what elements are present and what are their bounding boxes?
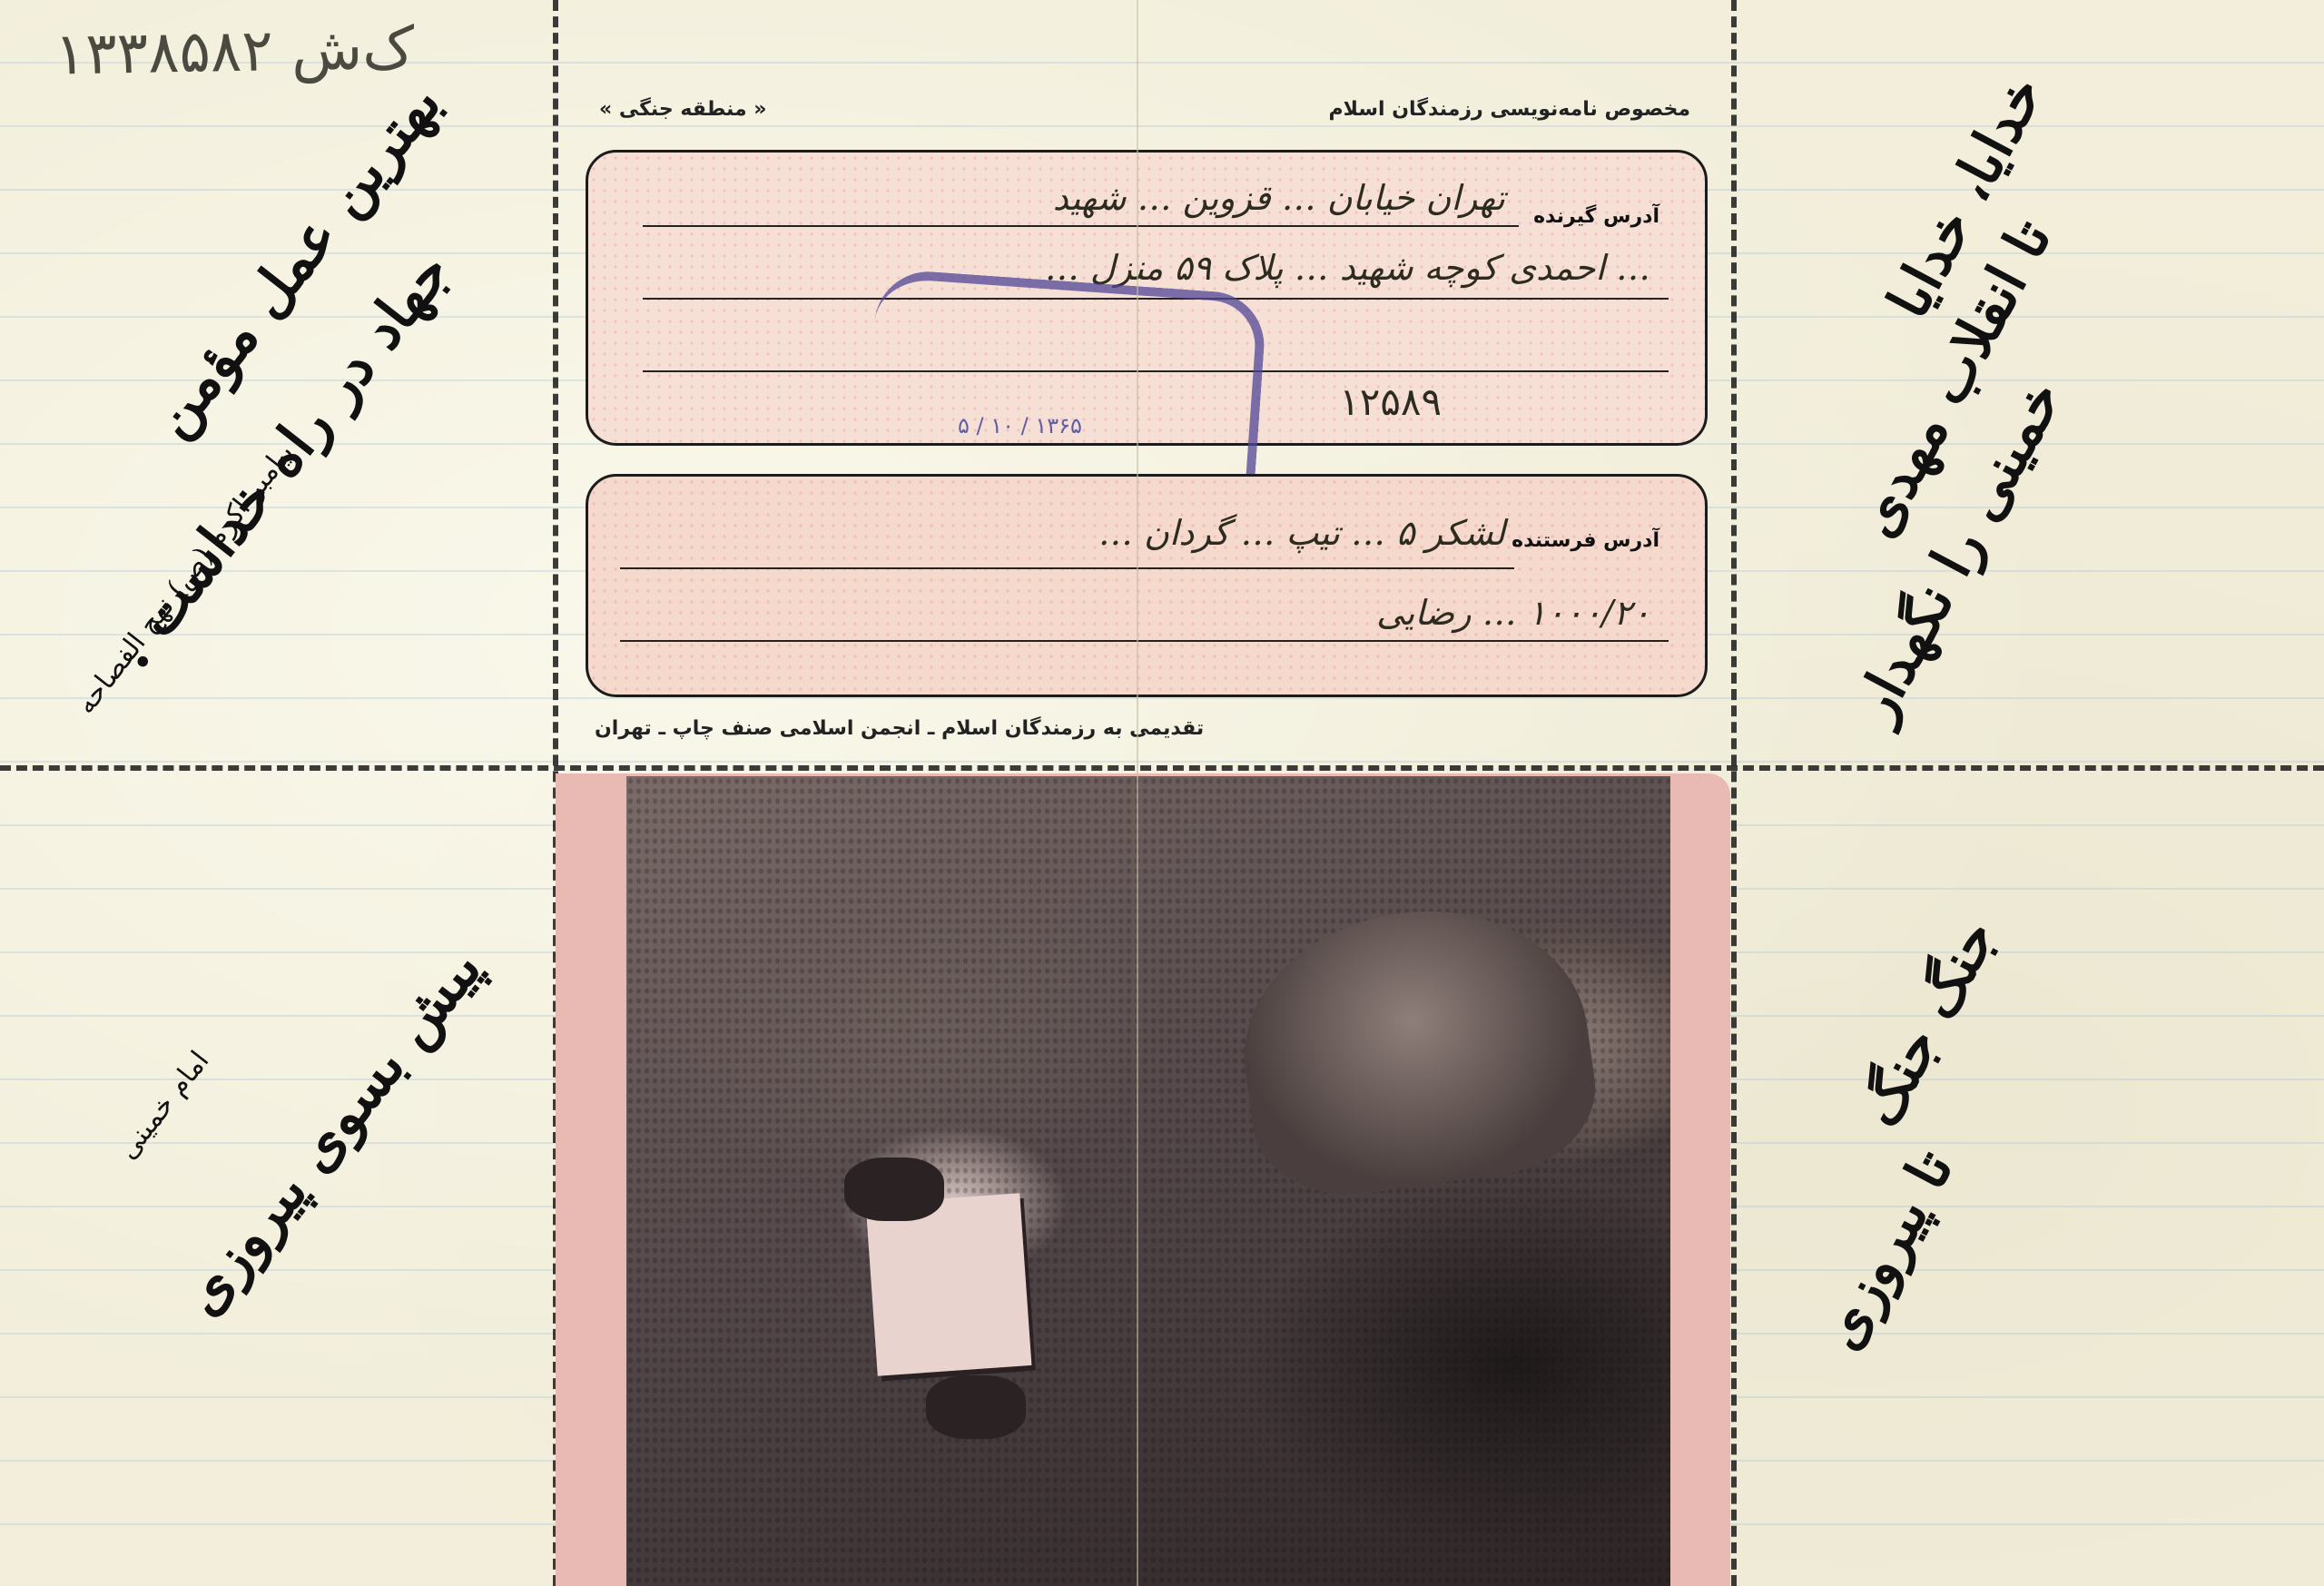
photo-description: soldier in helmet reading a small book i…	[645, 1567, 667, 1568]
reference-number: ک‌ش ۱۳۳۸۵۸۲	[54, 15, 415, 89]
sender-line-2	[620, 640, 1669, 642]
center-crease	[1137, 0, 1138, 1586]
war-zone-label: « منطقه جنگی »	[599, 98, 767, 121]
recipient-postal-code: ۱۲۵۸۹	[1339, 379, 1442, 424]
helmet-shape	[1226, 890, 1606, 1207]
sender-handwriting-1: لشکر ۵ … تیپ … گردان …	[1098, 513, 1505, 553]
recipient-line-3	[643, 370, 1669, 372]
reference-prefix: ک‌ش	[290, 15, 415, 84]
hand-upper-shape	[844, 1157, 944, 1221]
reference-digits: ۱۳۳۸۵۸۲	[54, 17, 273, 88]
sender-line-1	[620, 567, 1514, 569]
hand-lower-shape	[926, 1375, 1026, 1439]
sender-label: آدرس فرستنده	[1512, 529, 1659, 552]
recipient-handwriting-1: تهران خیابان … قزوین … شهید	[1053, 178, 1505, 218]
postmark-date: ۱۳۶۵ / ۱۰ / ۵	[958, 413, 1082, 438]
soldier-photo: soldier in helmet reading a small book i…	[626, 776, 1670, 1586]
sender-handwriting-2: ۱۰۰۰/۲۰ … رضایی	[1376, 593, 1650, 633]
fold-line-right	[1731, 0, 1737, 1586]
publisher-credit: تقدیمی به رزمندگان اسلام ـ انجمن اسلامی …	[595, 717, 1204, 740]
header-title: مخصوص نامه‌نویسی رزمندگان اسلام	[1329, 98, 1690, 121]
recipient-line-2	[643, 298, 1669, 300]
recipient-address-box: آدرس گیرنده تهران خیابان … قزوین … شهید …	[586, 150, 1708, 446]
recipient-handwriting-2: … احمدی کوچه شهید … پلاک ۵۹ منزل …	[1045, 248, 1650, 288]
address-panel-header: مخصوص نامه‌نویسی رزمندگان اسلام « منطقه …	[563, 91, 1743, 136]
recipient-line-1	[643, 225, 1519, 227]
sender-address-box: آدرس فرستنده لشکر ۵ … تیپ … گردان … ۱۰۰۰…	[586, 474, 1708, 697]
recipient-label: آدرس گیرنده	[1533, 205, 1659, 228]
fold-line-horizontal	[0, 765, 2324, 771]
